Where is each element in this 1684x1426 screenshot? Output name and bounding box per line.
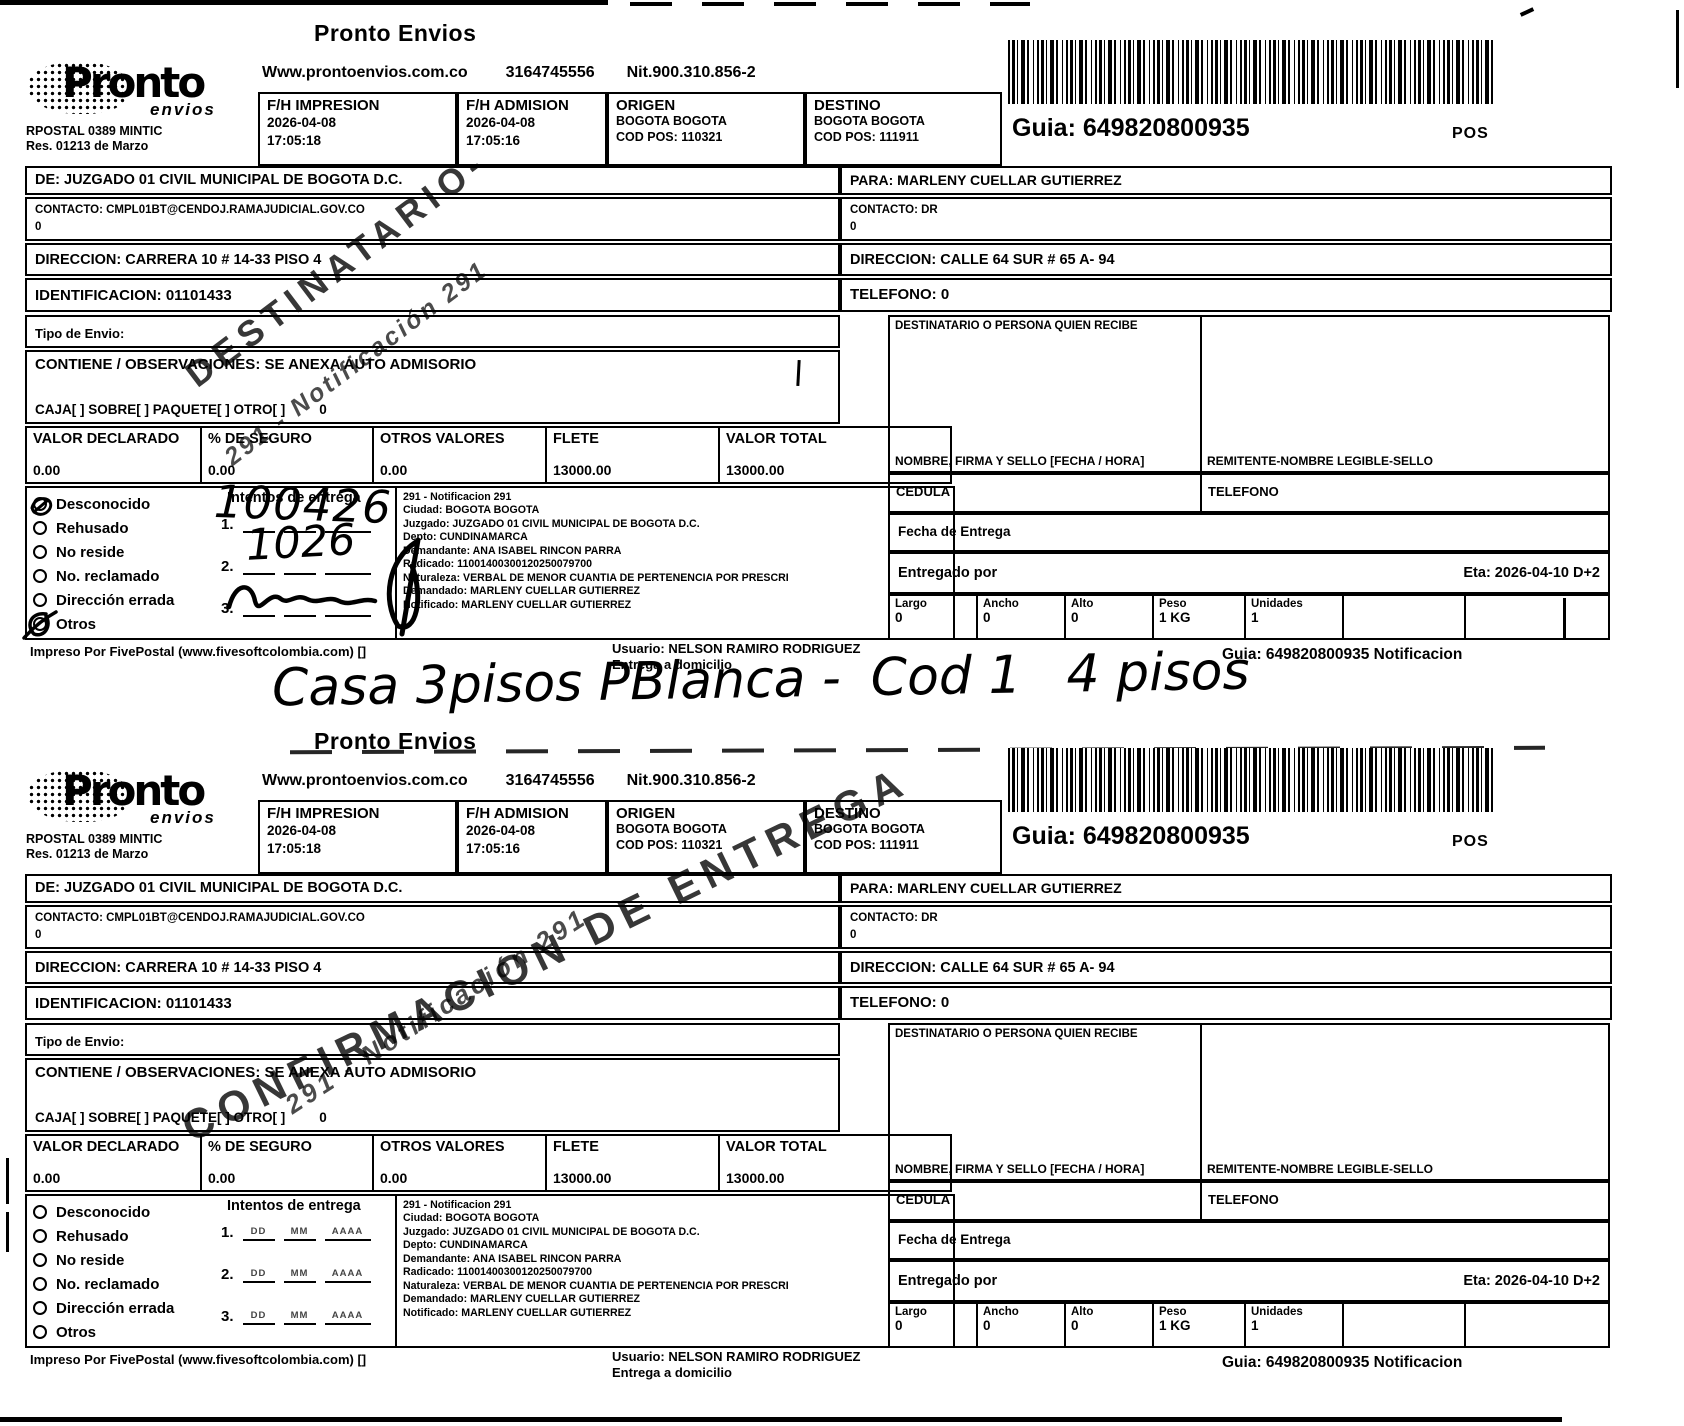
checkbox-label: Rehusado <box>56 520 129 537</box>
otros-valores-value: 0.00 <box>380 1170 407 1186</box>
checkbox-label: No reside <box>56 1252 124 1269</box>
website: Www.prontoenvios.com.co <box>262 64 468 81</box>
peso-cell: Peso1 KG <box>1154 596 1246 638</box>
caja-labels: CAJA[ ] SOBRE[ ] PAQUETE[ ] OTRO[ ] <box>35 402 285 417</box>
destino-city: BOGOTA BOGOTA <box>814 114 993 130</box>
valores-row: VALOR DECLARADO0.00 % DE SEGURO0.00 OTRO… <box>25 1134 952 1192</box>
case-line: Demandante: ANA ISABEL RINCON PARRA <box>403 545 947 558</box>
fh-impresion-box: F/H IMPRESION 2026-04-08 17:05:18 <box>258 92 457 166</box>
resolution-line: Res. 01213 de Marzo <box>26 847 162 862</box>
receiver-cell: DESTINATARIO O PERSONA QUIEN RECIBE NOMB… <box>890 317 1202 471</box>
case-line: 291 - Notificacion 291 <box>403 1199 947 1212</box>
valor-declarado-cell: VALOR DECLARADO0.00 <box>27 428 202 482</box>
unidades-value: 1 <box>1251 1318 1337 1333</box>
attempt-number: 1. <box>221 1224 234 1241</box>
scan-artifact <box>630 2 1030 6</box>
ancho-value: 0 <box>983 1318 1059 1333</box>
fecha-entrega-row: Fecha de Entrega <box>888 1221 1610 1260</box>
company-info-line: Www.prontoenvios.com.co3164745556Nit.900… <box>262 64 756 82</box>
pos-tag: POS <box>1452 125 1489 143</box>
otros-valores-value: 0.00 <box>380 462 407 478</box>
alto-cell: Alto0 <box>1066 1304 1154 1346</box>
attempt-number: 2. <box>221 1266 234 1283</box>
flete-cell: FLETE13000.00 <box>547 1136 720 1190</box>
fh-impresion-label: F/H IMPRESION <box>267 805 448 822</box>
dd-field: DD <box>243 1310 275 1325</box>
checkbox-label: Otros <box>56 1324 96 1341</box>
pronto-logo-envios: envios <box>150 808 216 828</box>
contacto-sender-line2: 0 <box>35 927 830 944</box>
checkbox-label: Dirección errada <box>56 592 174 609</box>
case-line: Ciudad: BOGOTA BOGOTA <box>403 1212 947 1225</box>
ancho-cell: Ancho0 <box>978 1304 1066 1346</box>
entregado-por-label: Entregado por <box>898 565 997 581</box>
cedula-telefono-row: CEDULA TELEFONO <box>888 473 1610 513</box>
attempts-title: Intentos de entrega <box>227 1198 361 1214</box>
unidades-value: 1 <box>1251 610 1337 625</box>
ancho-label: Ancho <box>983 1306 1059 1318</box>
contacto-recipient-line2: 0 <box>850 219 1602 236</box>
remitente-cell: REMITENTE-NOMBRE LEGIBLE-SELLO <box>1202 1025 1608 1179</box>
fh-impresion-label: F/H IMPRESION <box>267 97 448 114</box>
destino-label: DESTINO <box>814 97 993 114</box>
fh-impresion-time: 17:05:18 <box>267 840 448 858</box>
aaaa-field: AAAA <box>325 1310 371 1325</box>
flete-label: FLETE <box>553 1139 712 1155</box>
cedula-telefono-row: CEDULA TELEFONO <box>888 1181 1610 1221</box>
largo-value: 0 <box>895 610 971 625</box>
field-contacto-recipient: CONTACTO: DR 0 <box>840 905 1612 949</box>
checkbox-label: Desconocido <box>56 1204 150 1221</box>
pos-tag: POS <box>1452 833 1489 851</box>
field-para: PARA: MARLENY CUELLAR GUTIERREZ <box>840 166 1612 195</box>
circle-icon <box>33 1301 47 1315</box>
annotation-part1: Casa 3pisos PBlanca - <box>272 649 842 719</box>
checkbox-label: No. reclamado <box>56 568 159 585</box>
largo-label: Largo <box>895 598 971 610</box>
footer-usuario: Usuario: NELSON RAMIRO RODRIGUEZ Entrega… <box>612 1349 860 1382</box>
destino-box: DESTINO BOGOTA BOGOTA COD POS: 111911 <box>805 92 1002 166</box>
footer-guia: Guia: 649820800935 Notificacion <box>1222 646 1462 664</box>
eta-value: Eta: 2026-04-10 D+2 <box>1463 565 1600 581</box>
checkbox-label: Dirección errada <box>56 1300 174 1317</box>
field-direccion-sender: DIRECCION: CARRERA 10 # 14-33 PISO 4 <box>25 951 840 984</box>
entregado-por-label: Entregado por <box>898 1273 997 1289</box>
fh-admision-label: F/H ADMISION <box>466 805 598 822</box>
contiene-text: CONTIENE / OBSERVACIONES: SE ANEXA AUTO … <box>35 1064 830 1081</box>
scanned-shipping-document: { "annotation": { "a": "Casa 3pisos PBla… <box>0 0 1684 1426</box>
scan-artifact <box>0 1417 1562 1422</box>
destinatario-recibe-label: DESTINATARIO O PERSONA QUIEN RECIBE <box>895 1028 1138 1040</box>
mm-field: MM <box>284 1268 316 1283</box>
aaaa-field: AAAA <box>325 1268 371 1283</box>
scan-artifact <box>1563 598 1566 638</box>
footer-impreso: Impreso Por FivePostal (www.fivesoftcolo… <box>30 1352 366 1367</box>
valor-declarado-label: VALOR DECLARADO <box>33 1139 194 1155</box>
flete-cell: FLETE13000.00 <box>547 428 720 482</box>
fh-admision-box: F/H ADMISION 2026-04-08 17:05:16 <box>457 800 607 874</box>
checkbox-no-reside: No reside <box>33 540 174 564</box>
mm-field: MM <box>284 1226 316 1241</box>
fh-admision-date: 2026-04-08 <box>466 822 598 840</box>
fecha-entrega-row: Fecha de Entrega <box>888 513 1610 552</box>
telefono-label: TELEFONO <box>1202 475 1285 511</box>
fh-impresion-date: 2026-04-08 <box>267 114 448 132</box>
receiver-signature-box: DESTINATARIO O PERSONA QUIEN RECIBE NOMB… <box>888 1023 1610 1181</box>
otros-valores-label: OTROS VALORES <box>380 431 539 447</box>
case-line: Juzgado: JUZGADO 01 CIVIL MUNICIPAL DE B… <box>403 518 947 531</box>
pen-mark-otros <box>22 608 60 642</box>
field-contacto-recipient: CONTACTO: DR 0 <box>840 197 1612 241</box>
field-direccion-recipient: DIRECCION: CALLE 64 SUR # 65 A- 94 <box>840 243 1612 276</box>
fh-impresion-time: 17:05:18 <box>267 132 448 150</box>
circle-icon <box>33 1277 47 1291</box>
contacto-recipient-line1: CONTACTO: DR <box>850 202 1602 219</box>
scan-artifact <box>1676 10 1679 88</box>
dimensions-row: Largo0 Ancho0 Alto0 Peso1 KG Unidades1 <box>888 1302 1610 1348</box>
shipping-label-1: Pronto Envios Pronto envios RPOSTAL 0389… <box>0 6 1684 680</box>
annotation-part3: 4 pisos <box>1066 641 1250 704</box>
unidades-label: Unidades <box>1251 1306 1337 1318</box>
barcode <box>1008 40 1494 104</box>
guia-number: Guia: 649820800935 <box>1012 114 1250 143</box>
circle-icon <box>33 593 47 607</box>
circle-icon <box>33 1253 47 1267</box>
scan-artifact <box>0 0 608 5</box>
ancho-value: 0 <box>983 610 1059 625</box>
largo-cell: Largo0 <box>890 596 978 638</box>
dd-field: DD <box>243 1226 275 1241</box>
flete-value: 13000.00 <box>553 1170 611 1186</box>
field-direccion-recipient: DIRECCION: CALLE 64 SUR # 65 A- 94 <box>840 951 1612 984</box>
case-line: Demandado: MARLENY CUELLAR GUTIERREZ <box>403 585 947 598</box>
entrega-line: Entrega a domicilio <box>612 1365 860 1381</box>
case-line: Ciudad: BOGOTA BOGOTA <box>403 504 947 517</box>
peso-label: Peso <box>1159 598 1239 610</box>
nombre-firma-label: NOMBRE, FIRMA Y SELLO [FECHA / HORA] <box>895 1162 1144 1176</box>
checkbox-label: No reside <box>56 544 124 561</box>
alto-label: Alto <box>1071 1306 1147 1318</box>
alto-cell: Alto0 <box>1066 596 1154 638</box>
checkbox-rehusado: Rehusado <box>33 1224 174 1248</box>
field-telefono-recipient: TELEFONO: 0 <box>840 278 1612 312</box>
circle-icon <box>33 1229 47 1243</box>
flete-label: FLETE <box>553 431 712 447</box>
peso-value: 1 KG <box>1159 1318 1239 1333</box>
postal-registration: RPOSTAL 0389 MINTIC Res. 01213 de Marzo <box>26 832 162 862</box>
checkbox-label: Rehusado <box>56 1228 129 1245</box>
checkbox-desconocido: Desconocido <box>33 1200 174 1224</box>
checkbox-no-reclamado: No. reclamado <box>33 1272 174 1296</box>
attempt-row-1: 1.DDMMAAAA <box>221 1224 371 1241</box>
case-info-box: 291 - Notificacion 291 Ciudad: BOGOTA BO… <box>395 486 955 640</box>
resolution-line: Res. 01213 de Marzo <box>26 139 162 154</box>
checkbox-no-reside: No reside <box>33 1248 174 1272</box>
phone-number: 3164745556 <box>506 772 595 789</box>
checkbox-otros: Otros <box>33 1320 174 1344</box>
valor-total-value: 13000.00 <box>726 1170 784 1186</box>
seguro-label: % DE SEGURO <box>208 1139 366 1155</box>
pen-mark-desconocido <box>26 492 60 524</box>
checkbox-label: Desconocido <box>56 496 150 513</box>
telefono-label: TELEFONO <box>1202 1183 1285 1219</box>
peso-label: Peso <box>1159 1306 1239 1318</box>
peso-value: 1 KG <box>1159 610 1239 625</box>
valor-declarado-value: 0.00 <box>33 1170 60 1186</box>
mm-field: MM <box>284 1310 316 1325</box>
page-title: Pronto Envios <box>314 20 476 47</box>
fh-admision-time: 17:05:16 <box>466 132 598 150</box>
case-line: Depto: CUNDINAMARCA <box>403 531 947 544</box>
postal-registration: RPOSTAL 0389 MINTIC Res. 01213 de Marzo <box>26 124 162 154</box>
field-contiene: CONTIENE / OBSERVACIONES: SE ANEXA AUTO … <box>25 350 840 424</box>
phone-number: 3164745556 <box>506 64 595 81</box>
origen-box: ORIGEN BOGOTA BOGOTA COD POS: 110321 <box>607 92 805 166</box>
footer-guia: Guia: 649820800935 Notificacion <box>1222 1354 1462 1372</box>
seguro-value: 0.00 <box>208 1170 235 1186</box>
rpostal-line: RPOSTAL 0389 MINTIC <box>26 124 162 139</box>
empty-cell <box>1466 1304 1608 1346</box>
peso-cell: Peso1 KG <box>1154 1304 1246 1346</box>
fh-admision-date: 2026-04-08 <box>466 114 598 132</box>
dimensions-row: Largo0 Ancho0 Alto0 Peso1 KG Unidades1 <box>888 594 1610 640</box>
destino-cod-pos: COD POS: 111911 <box>814 838 993 854</box>
unidades-cell: Unidades1 <box>1246 596 1344 638</box>
fh-impresion-box: F/H IMPRESION 2026-04-08 17:05:18 <box>258 800 457 874</box>
website: Www.prontoenvios.com.co <box>262 772 468 789</box>
contacto-sender-line1: CONTACTO: CMPL01BT@CENDOJ.RAMAJUDICIAL.G… <box>35 910 830 927</box>
empty-cell <box>1344 596 1466 638</box>
valor-declarado-label: VALOR DECLARADO <box>33 431 194 447</box>
ancho-label: Ancho <box>983 598 1059 610</box>
largo-cell: Largo0 <box>890 1304 978 1346</box>
nit-number: Nit.900.310.856-2 <box>627 772 756 789</box>
pronto-logo-envios: envios <box>150 100 216 120</box>
largo-label: Largo <box>895 1306 971 1318</box>
fh-admision-time: 17:05:16 <box>466 840 598 858</box>
eta-value: Eta: 2026-04-10 D+2 <box>1463 1273 1600 1289</box>
annotation-part2: Cod 1 <box>870 645 1022 708</box>
contacto-recipient-line1: CONTACTO: DR <box>850 910 1602 927</box>
receiver-cell: DESTINATARIO O PERSONA QUIEN RECIBE NOMB… <box>890 1025 1202 1179</box>
otros-valores-cell: OTROS VALORES0.00 <box>374 1136 547 1190</box>
rpostal-line: RPOSTAL 0389 MINTIC <box>26 832 162 847</box>
remitente-label: REMITENTE-NOMBRE LEGIBLE-SELLO <box>1207 1162 1433 1176</box>
destinatario-recibe-label: DESTINATARIO O PERSONA QUIEN RECIBE <box>895 320 1138 332</box>
origen-label: ORIGEN <box>616 97 796 114</box>
case-line: Radicado: 11001400300120250079700 <box>403 1266 947 1279</box>
case-line: 291 - Notificacion 291 <box>403 491 947 504</box>
cedula-label: CEDULA <box>890 1183 1202 1219</box>
case-line: Naturaleza: VERBAL DE MENOR CUANTIA DE P… <box>403 1280 947 1293</box>
alto-label: Alto <box>1071 598 1147 610</box>
guia-number: Guia: 649820800935 <box>1012 822 1250 851</box>
circle-icon <box>33 569 47 583</box>
scan-artifact <box>6 1212 9 1252</box>
nombre-firma-label: NOMBRE, FIRMA Y SELLO [FECHA / HORA] <box>895 454 1144 468</box>
ancho-cell: Ancho0 <box>978 596 1066 638</box>
remitente-label: REMITENTE-NOMBRE LEGIBLE-SELLO <box>1207 454 1433 468</box>
unidades-cell: Unidades1 <box>1246 1304 1344 1346</box>
case-line: Radicado: 11001400300120250079700 <box>403 558 947 571</box>
contiene-text: CONTIENE / OBSERVACIONES: SE ANEXA AUTO … <box>35 356 830 373</box>
handwritten-date-2: 1026 <box>245 515 357 571</box>
field-contacto-sender: CONTACTO: CMPL01BT@CENDOJ.RAMAJUDICIAL.G… <box>25 905 840 949</box>
delivery-attempts: Intentos de entrega 1.DDMMAAAA 2.DDMMAAA… <box>219 1196 397 1346</box>
case-line: Demandante: ANA ISABEL RINCON PARRA <box>403 1253 947 1266</box>
seguro-cell: % DE SEGURO0.00 <box>202 1136 374 1190</box>
barcode <box>1008 748 1494 812</box>
destino-cod-pos: COD POS: 111911 <box>814 130 993 146</box>
delivery-status-box: Desconocido Rehusado No reside No. recla… <box>25 1194 397 1348</box>
field-contiene: CONTIENE / OBSERVACIONES: SE ANEXA AUTO … <box>25 1058 840 1132</box>
shipping-label-2: Pronto Envios Pronto envios RPOSTAL 0389… <box>0 714 1684 1388</box>
valor-declarado-value: 0.00 <box>33 462 60 478</box>
field-para: PARA: MARLENY CUELLAR GUTIERREZ <box>840 874 1612 903</box>
checkbox-label: No. reclamado <box>56 1276 159 1293</box>
case-line: Demandado: MARLENY CUELLAR GUTIERREZ <box>403 1293 947 1306</box>
entregado-por-row: Entregado por Eta: 2026-04-10 D+2 <box>888 1260 1610 1302</box>
scan-artifact <box>6 1158 9 1204</box>
valores-row: VALOR DECLARADO0.00 % DE SEGURO0.00 OTRO… <box>25 426 952 484</box>
pen-flourish <box>372 538 436 642</box>
attempt-row-3: 3.DDMMAAAA <box>221 1308 371 1325</box>
circle-icon <box>33 545 47 559</box>
empty-cell <box>1466 596 1608 638</box>
circle-icon <box>33 1205 47 1219</box>
fh-admision-label: F/H ADMISION <box>466 97 598 114</box>
case-line: Naturaleza: VERBAL DE MENOR CUANTIA DE P… <box>403 572 947 585</box>
checkbox-direccion-errada: Dirección errada <box>33 1296 174 1320</box>
case-line: Notificado: MARLENY CUELLAR GUTIERREZ <box>403 599 947 612</box>
remitente-cell: REMITENTE-NOMBRE LEGIBLE-SELLO <box>1202 317 1608 471</box>
receiver-signature-box: DESTINATARIO O PERSONA QUIEN RECIBE NOMB… <box>888 315 1610 473</box>
valor-declarado-cell: VALOR DECLARADO0.00 <box>27 1136 202 1190</box>
unidades-label: Unidades <box>1251 598 1337 610</box>
field-telefono-recipient: TELEFONO: 0 <box>840 986 1612 1020</box>
case-line: Depto: CUNDINAMARCA <box>403 1239 947 1252</box>
usuario-line: Usuario: NELSON RAMIRO RODRIGUEZ <box>612 1349 860 1365</box>
origen-city: BOGOTA BOGOTA <box>616 114 796 130</box>
otros-valores-label: OTROS VALORES <box>380 1139 539 1155</box>
empty-cell <box>1344 1304 1466 1346</box>
circle-icon <box>33 1325 47 1339</box>
otros-valores-cell: OTROS VALORES0.00 <box>374 428 547 482</box>
dd-field: DD <box>243 1268 275 1283</box>
cedula-label: CEDULA <box>890 475 1202 511</box>
contacto-recipient-line2: 0 <box>850 927 1602 944</box>
case-line: Juzgado: JUZGADO 01 CIVIL MUNICIPAL DE B… <box>403 1226 947 1239</box>
page-title: Pronto Envios <box>314 728 476 755</box>
attempt-row-2: 2.DDMMAAAA <box>221 1266 371 1283</box>
largo-value: 0 <box>895 1318 971 1333</box>
alto-value: 0 <box>1071 1318 1147 1333</box>
checkbox-no-reclamado: No. reclamado <box>33 564 174 588</box>
origen-cod-pos: COD POS: 110321 <box>616 130 796 146</box>
caja-value: 0 <box>319 1110 327 1125</box>
entregado-por-row: Entregado por Eta: 2026-04-10 D+2 <box>888 552 1610 594</box>
case-line: Notificado: MARLENY CUELLAR GUTIERREZ <box>403 1307 947 1320</box>
fh-impresion-date: 2026-04-08 <box>267 822 448 840</box>
flete-value: 13000.00 <box>553 462 611 478</box>
nit-number: Nit.900.310.856-2 <box>627 64 756 81</box>
checkbox-label: Otros <box>56 616 96 633</box>
alto-value: 0 <box>1071 610 1147 625</box>
attempt-number: 3. <box>221 1308 234 1325</box>
delivery-status-checklist: Desconocido Rehusado No reside No. recla… <box>33 1200 174 1344</box>
valor-total-value: 13000.00 <box>726 462 784 478</box>
field-direccion-sender: DIRECCION: CARRERA 10 # 14-33 PISO 4 <box>25 243 840 276</box>
aaaa-field: AAAA <box>325 1226 371 1241</box>
case-info-box: 291 - Notificacion 291 Ciudad: BOGOTA BO… <box>395 1194 955 1348</box>
company-info-line: Www.prontoenvios.com.co3164745556Nit.900… <box>262 772 756 790</box>
